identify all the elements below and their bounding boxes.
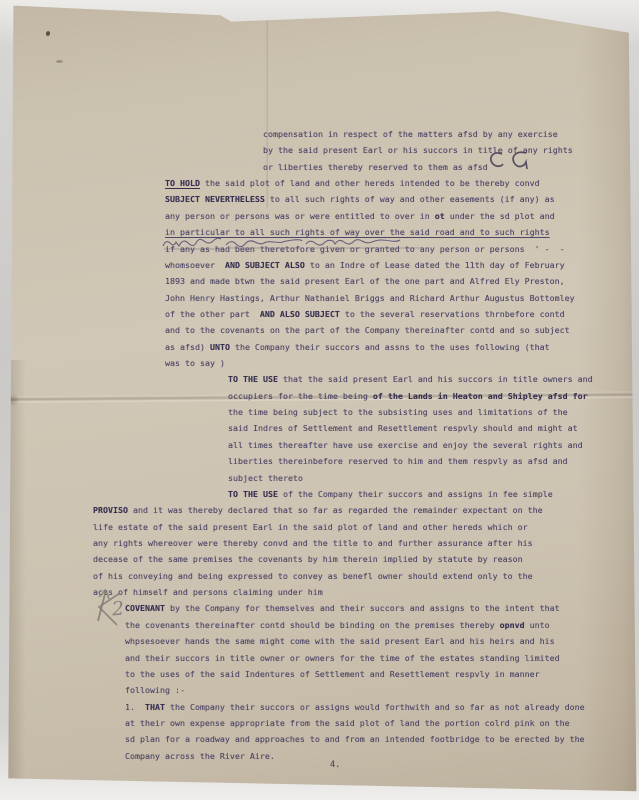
typewritten-line: COVENANT by the Company for themselves a… [125, 603, 560, 613]
typewritten-line: decease of the same premises the covenan… [93, 554, 523, 564]
text-segment: decease of the same premises the covenan… [93, 554, 523, 564]
typewritten-line: at their own expense appropriate from th… [125, 718, 570, 728]
text-segment: under the sd plot and [445, 211, 555, 221]
typewritten-line: whpsesoever hands the same might come wi… [125, 636, 555, 646]
text-segment: to an Indre of Lease dated the 11th day … [305, 260, 565, 270]
typewritten-line: said Indres of Settlement and Resettleme… [228, 423, 578, 433]
text-segment: any rights whereover were thereby convd … [93, 538, 533, 548]
typewritten-line: of his conveying and being expressed to … [93, 571, 533, 581]
typewritten-line: John Henry Hastings, Arthur Nathaniel Br… [165, 293, 575, 303]
typewritten-line: subject thereto [228, 473, 303, 483]
text-segment: the Company their succors and assns to t… [230, 342, 550, 352]
interlinear-handwriting [160, 237, 428, 251]
text-segment: subject thereto [228, 473, 303, 483]
typewritten-line: 1. THAT the Company their succors or ass… [125, 702, 585, 712]
typewritten-line: life estate of the said present Earl in … [93, 522, 528, 532]
text-segment: the said plot of land and other hereds i… [200, 178, 540, 188]
typewritten-line: following :- [125, 685, 185, 695]
text-segment: ot [435, 211, 445, 221]
text-segment: SUBJECT NEVERTHELESS [165, 194, 265, 204]
typewritten-line: as afsd) UNTO the Company their succors … [165, 342, 550, 352]
typewritten-line: liberties thereinbefore reserved to him … [228, 456, 568, 466]
text-segment: and to the covenants on the part of the … [165, 325, 570, 335]
photo-background: compensation in respect of the matters a… [0, 0, 639, 800]
text-segment: TO HOLD [165, 178, 200, 188]
text-segment: PROVISO [93, 505, 128, 515]
typewritten-line: of the other part AND ALSO SUBJECT to th… [165, 309, 565, 319]
text-segment: as afsd) [165, 342, 210, 352]
typewritten-line: and to the covenants on the part of the … [165, 325, 570, 335]
text-segment: of the Lands in Heaton and Shipley afsd … [373, 391, 588, 401]
typewritten-line: acts of himself and persons claiming und… [93, 587, 323, 597]
typewritten-line: any person or persons was or were entitl… [165, 211, 555, 221]
typewritten-line: in particular to all such rights of way … [165, 227, 550, 237]
typewritten-line: TO THE USE that the said present Earl an… [228, 374, 593, 384]
typewritten-line: occupiers for the time being of the Land… [228, 391, 588, 401]
paper-speck [45, 30, 51, 36]
text-segment: following :- [125, 685, 185, 695]
typewritten-line: SUBJECT NEVERTHELESS to all such rights … [165, 194, 555, 204]
text-segment: compensation in respect of the matters a… [263, 129, 558, 139]
typewritten-line: TO HOLD the said plot of land and other … [165, 178, 540, 188]
text-segment: THAT [145, 702, 165, 712]
text-segment: the time being subject to the subsisting… [228, 407, 568, 417]
pencil-number: 2 [111, 598, 125, 621]
text-segment: opnvd [500, 620, 525, 630]
typewritten-line: compensation in respect of the matters a… [263, 129, 558, 139]
text-segment: of the Company their succors and assigns… [278, 489, 553, 499]
fold-crease-nick [2, 394, 20, 406]
typewritten-line: all times thereafter have use exercise a… [228, 440, 583, 450]
typewritten-line: to the uses of the said Indentures of Se… [125, 669, 540, 679]
text-segment: to all such rights of way and other ease… [265, 194, 555, 204]
text-segment: 1893 and made btwn the said present Earl… [165, 276, 565, 286]
text-segment: TO THE USE [228, 489, 278, 499]
text-segment: whpsesoever hands the same might come wi… [125, 636, 555, 646]
text-segment: and it was thereby declared that so far … [128, 505, 543, 515]
text-segment: liberties thereinbefore reserved to him … [228, 456, 568, 466]
text-segment: 1. [125, 702, 145, 712]
typewritten-line: sd plan for a roadway and approaches to … [125, 734, 585, 744]
typewritten-line: the covenants thereinafter contd should … [125, 620, 550, 630]
text-segment: of the other part [165, 309, 260, 319]
paper-sheet: compensation in respect of the matters a… [0, 0, 639, 800]
text-segment: acts of himself and persons claiming und… [93, 587, 323, 597]
text-segment: the Company their succors or assigns wou… [165, 702, 585, 712]
text-segment: of his conveying and being expressed to … [93, 571, 533, 581]
typewritten-line: TO THE USE of the Company their succors … [228, 489, 553, 499]
text-segment: occupiers for the time being [228, 391, 373, 401]
text-segment: life estate of the said present Earl in … [93, 522, 528, 532]
text-segment: to the several reservations thrnbefore c… [340, 309, 565, 319]
text-segment: in particular to all such rights of way … [165, 227, 550, 237]
text-segment: AND ALSO SUBJECT [260, 309, 340, 319]
typewritten-line: any rights whereover were thereby convd … [93, 538, 533, 548]
page-number: 4. [330, 760, 340, 770]
text-segment: UNTO [210, 342, 230, 352]
typewritten-line: Company across the River Aire. [125, 751, 275, 761]
text-segment: was to say ) [165, 358, 225, 368]
text-segment: the covenants thereinafter contd should … [125, 620, 500, 630]
text-segment: unto [525, 620, 550, 630]
typewritten-line: the time being subject to the subsisting… [228, 407, 568, 417]
text-segment: that the said present Earl and his succo… [278, 374, 593, 384]
typewritten-line: or liberties thereby reserved to them as… [263, 162, 488, 172]
text-segment: by the Company for themselves and their … [165, 603, 560, 613]
paper-edge-shading-right [579, 0, 639, 800]
text-segment: said Indres of Settlement and Resettleme… [228, 423, 578, 433]
typewritten-line: and their succors in title owner or owne… [125, 653, 560, 663]
typewritten-line: PROVISO and it was thereby declared that… [93, 505, 543, 515]
paper-speck [56, 60, 63, 63]
text-segment: COVENANT [125, 603, 165, 613]
text-segment: any person or persons was or were entitl… [165, 211, 435, 221]
text-segment: John Henry Hastings, Arthur Nathaniel Br… [165, 293, 575, 303]
paper-edge-shading-left [0, 360, 26, 800]
typewritten-line: was to say ) [165, 358, 225, 368]
text-segment: whomsoever [165, 260, 225, 270]
text-segment: and their succors in title owner or owne… [125, 653, 560, 663]
text-segment: sd plan for a roadway and approaches to … [125, 734, 585, 744]
text-segment: AND SUBJECT ALSO [225, 260, 305, 270]
handwritten-ditto-mark [486, 149, 538, 175]
typewritten-line: 1893 and made btwn the said present Earl… [165, 276, 565, 286]
text-segment: TO THE USE [228, 374, 278, 384]
text-segment: at their own expense appropriate from th… [125, 718, 570, 728]
text-segment: to the uses of the said Indentures of Se… [125, 669, 540, 679]
text-segment: or liberties thereby reserved to them as… [263, 162, 488, 172]
typewritten-line: whomsoever AND SUBJECT ALSO to an Indre … [165, 260, 565, 270]
text-segment: Company across the River Aire. [125, 751, 275, 761]
text-segment: all times thereafter have use exercise a… [228, 440, 583, 450]
